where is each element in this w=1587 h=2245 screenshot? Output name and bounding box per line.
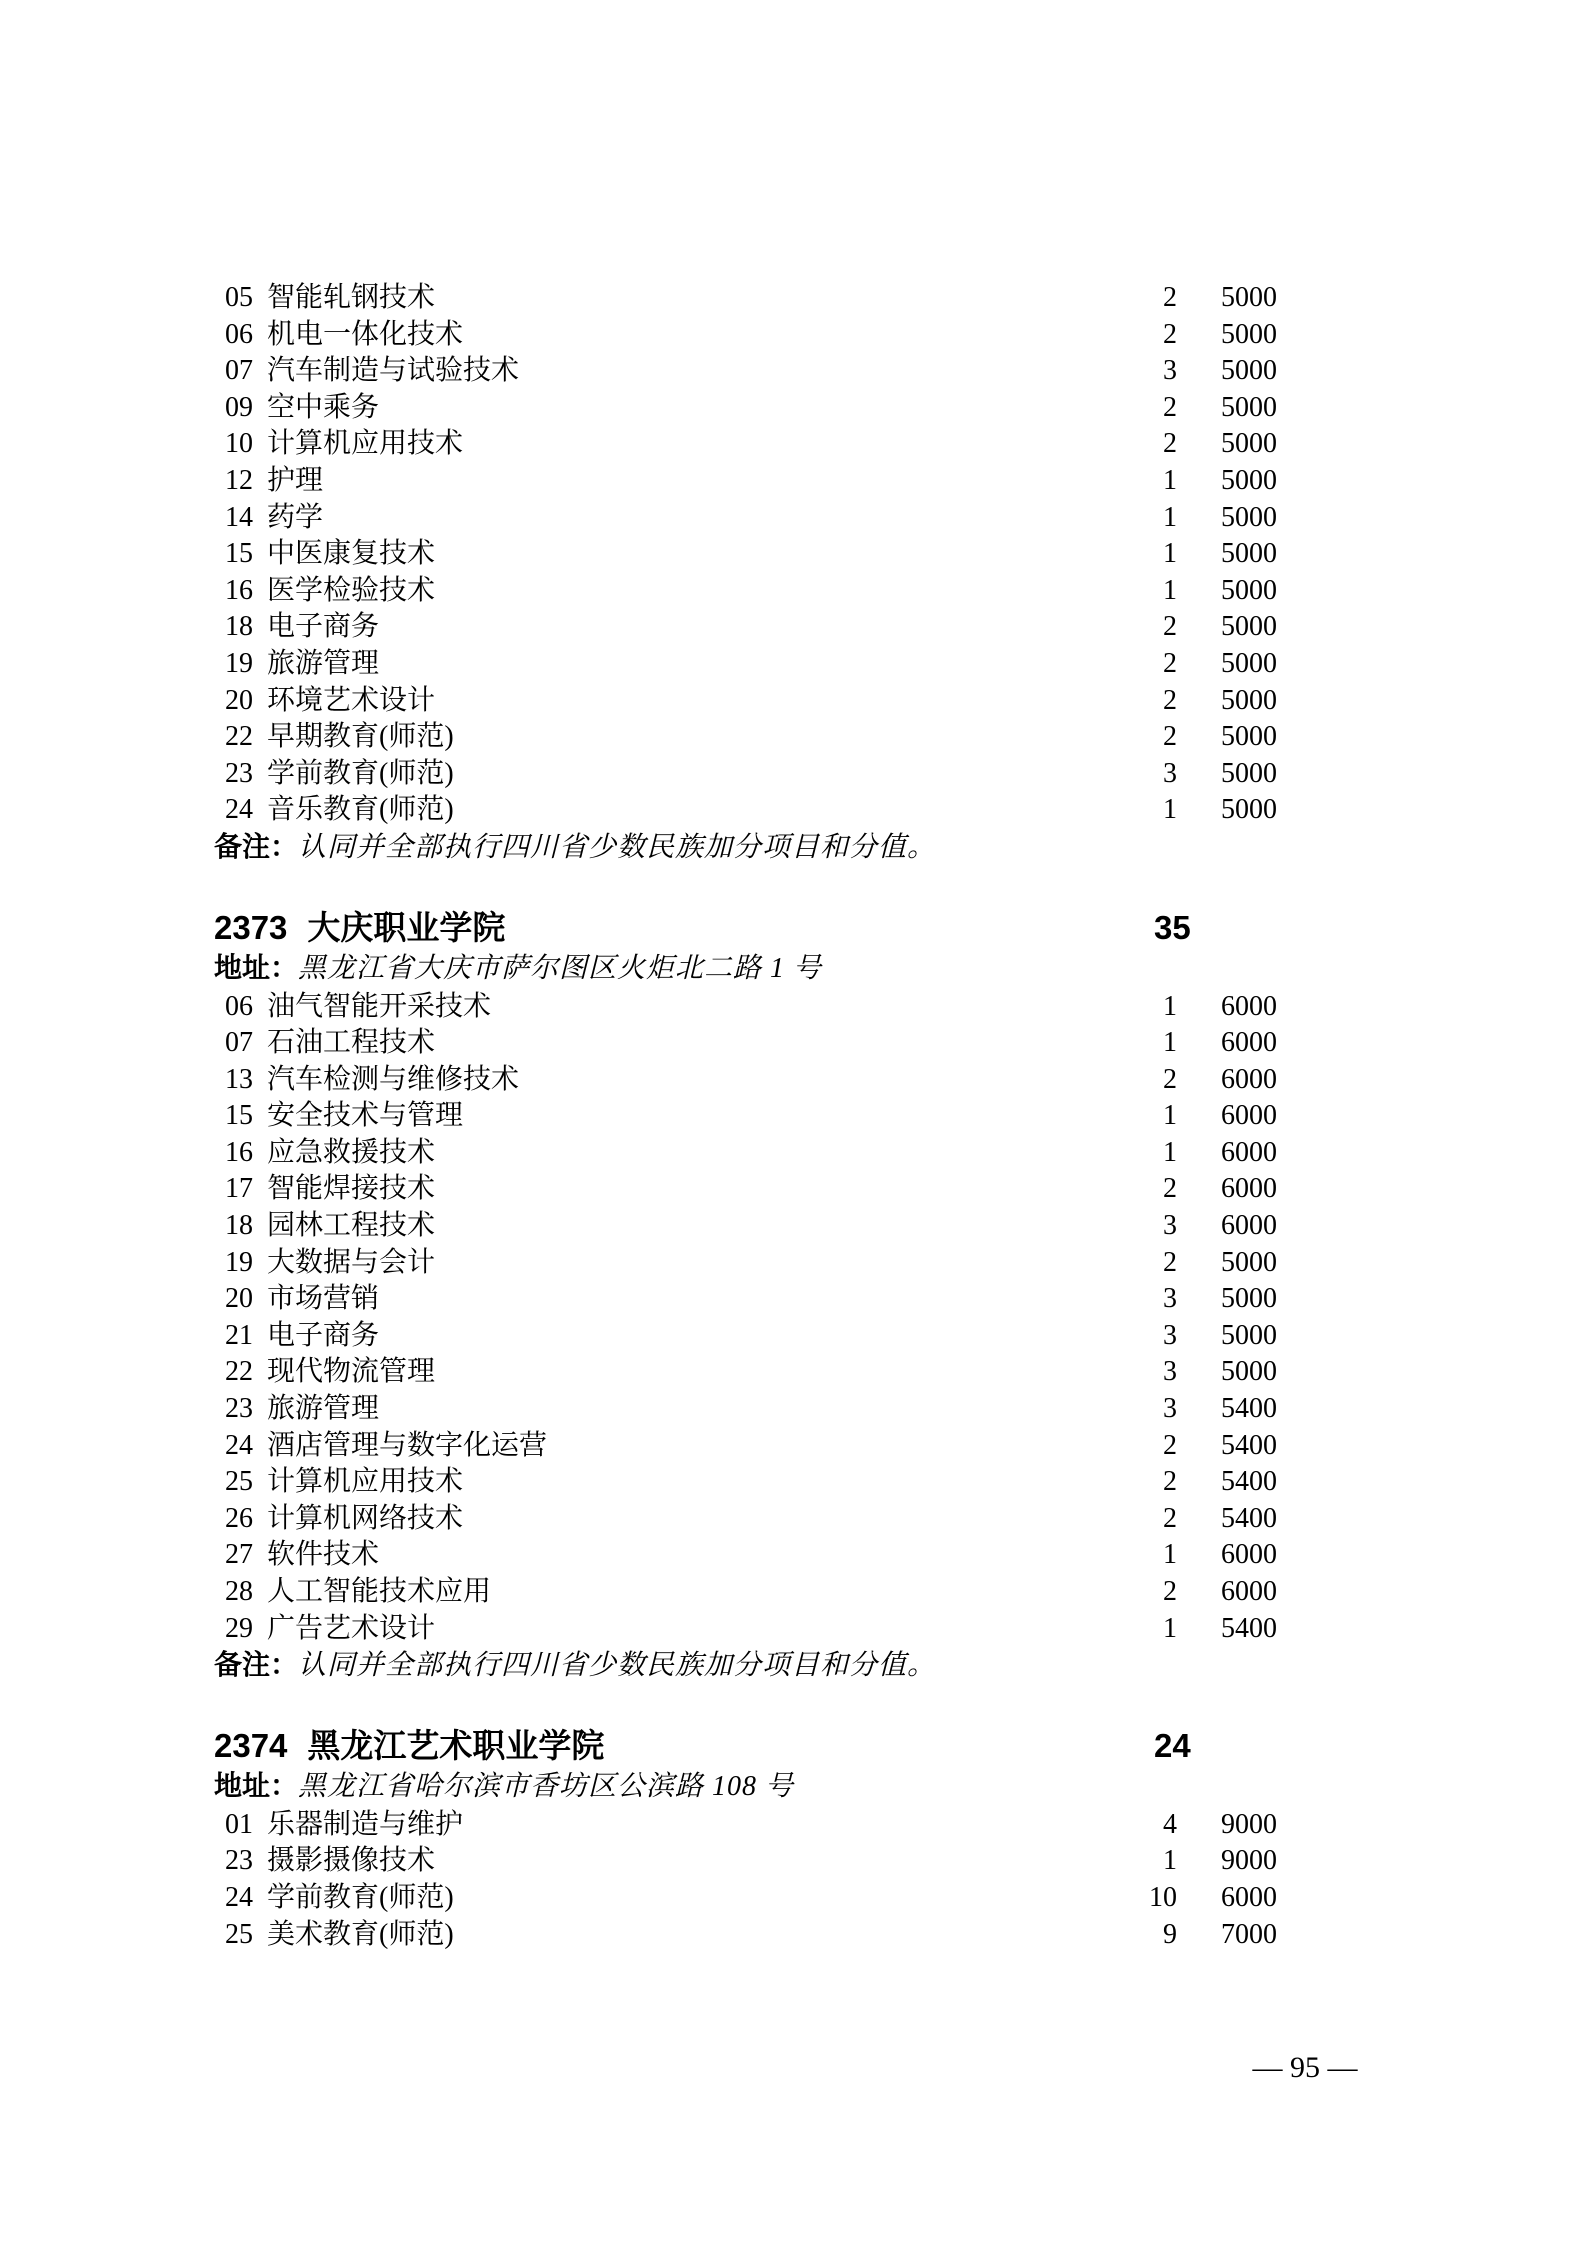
- major-code: 22: [225, 719, 267, 756]
- major-rows: 06 油气智能开采技术 1 6000 07 石油工程技术 1 6000 13 汽…: [214, 989, 1277, 1648]
- major-code: 25: [225, 1917, 267, 1954]
- major-row: 06 机电一体化技术 2 5000: [214, 317, 1277, 354]
- major-code: 20: [225, 683, 267, 720]
- major-tuition-fee: 5400: [1177, 1464, 1277, 1501]
- major-code: 27: [225, 1537, 267, 1574]
- major-code: 01: [225, 1807, 267, 1844]
- major-code: 24: [225, 1428, 267, 1465]
- major-row: 25 计算机应用技术 2 5400: [214, 1464, 1277, 1501]
- major-tuition-fee: 5400: [1177, 1611, 1277, 1648]
- major-row: 05 智能轧钢技术 2 5000: [214, 280, 1277, 317]
- major-plan-count: 10: [1107, 1880, 1177, 1917]
- major-code: 20: [225, 1281, 267, 1318]
- major-tuition-fee: 5400: [1177, 1428, 1277, 1465]
- major-tuition-fee: 5000: [1177, 719, 1277, 756]
- major-tuition-fee: 6000: [1177, 1135, 1277, 1172]
- major-name: 医学检验技术: [267, 573, 1107, 610]
- major-tuition-fee: 5000: [1177, 280, 1277, 317]
- major-rows: 05 智能轧钢技术 2 5000 06 机电一体化技术 2 5000 07 汽车…: [214, 280, 1277, 829]
- major-row: 20 环境艺术设计 2 5000: [214, 683, 1277, 720]
- major-name: 计算机网络技术: [267, 1501, 1107, 1538]
- major-tuition-fee: 6000: [1177, 1880, 1277, 1917]
- major-code: 18: [225, 1208, 267, 1245]
- major-plan-count: 1: [1107, 463, 1177, 500]
- major-tuition-fee: 6000: [1177, 1062, 1277, 1099]
- header-spacer: [604, 1726, 1154, 1766]
- major-row: 07 汽车制造与试验技术 3 5000: [214, 353, 1277, 390]
- major-code: 06: [225, 317, 267, 354]
- major-name: 人工智能技术应用: [267, 1574, 1107, 1611]
- major-plan-count: 2: [1107, 280, 1177, 317]
- major-name: 广告艺术设计: [267, 1611, 1107, 1648]
- major-plan-count: 3: [1107, 756, 1177, 793]
- major-row: 24 酒店管理与数字化运营 2 5400: [214, 1428, 1277, 1465]
- major-name: 汽车检测与维修技术: [267, 1062, 1107, 1099]
- school-note: 备注：认同并全部执行四川省少数民族加分项目和分值。: [214, 829, 1277, 867]
- major-name: 学前教育(师范): [267, 1880, 1107, 1917]
- major-plan-count: 3: [1107, 1318, 1177, 1355]
- major-name: 油气智能开采技术: [267, 989, 1107, 1026]
- major-code: 21: [225, 1318, 267, 1355]
- major-plan-count: 2: [1107, 1171, 1177, 1208]
- major-plan-count: 2: [1107, 719, 1177, 756]
- document-page: 05 智能轧钢技术 2 5000 06 机电一体化技术 2 5000 07 汽车…: [0, 0, 1587, 2245]
- major-tuition-fee: 5000: [1177, 573, 1277, 610]
- major-code: 07: [225, 353, 267, 390]
- major-row: 19 大数据与会计 2 5000: [214, 1245, 1277, 1282]
- school-name: 黑龙江艺术职业学院: [307, 1726, 604, 1766]
- major-code: 23: [225, 1391, 267, 1428]
- major-row: 13 汽车检测与维修技术 2 6000: [214, 1062, 1277, 1099]
- major-tuition-fee: 9000: [1177, 1807, 1277, 1844]
- major-name: 石油工程技术: [267, 1025, 1107, 1062]
- school-header: 2373 大庆职业学院 35: [214, 908, 1277, 948]
- major-name: 中医康复技术: [267, 536, 1107, 573]
- major-row: 18 电子商务 2 5000: [214, 609, 1277, 646]
- note-text: 认同并全部执行四川省少数民族加分项目和分值。: [298, 1650, 936, 1681]
- major-row: 24 音乐教育(师范) 1 5000: [214, 792, 1277, 829]
- major-tuition-fee: 6000: [1177, 1025, 1277, 1062]
- major-row: 15 中医康复技术 1 5000: [214, 536, 1277, 573]
- major-row: 14 药学 1 5000: [214, 500, 1277, 537]
- school-name: 大庆职业学院: [307, 908, 505, 948]
- note-text: 认同并全部执行四川省少数民族加分项目和分值。: [298, 832, 936, 863]
- major-name: 乐器制造与维护: [267, 1807, 1107, 1844]
- major-code: 15: [225, 536, 267, 573]
- major-name: 计算机应用技术: [267, 426, 1107, 463]
- major-code: 14: [225, 500, 267, 537]
- major-row: 22 现代物流管理 3 5000: [214, 1354, 1277, 1391]
- major-plan-count: 1: [1107, 1537, 1177, 1574]
- school-address: 地址：黑龙江省大庆市萨尔图区火炬北二路 1 号: [214, 948, 1277, 989]
- major-tuition-fee: 5000: [1177, 1354, 1277, 1391]
- major-tuition-fee: 5000: [1177, 1281, 1277, 1318]
- major-name: 旅游管理: [267, 1391, 1107, 1428]
- major-row: 16 医学检验技术 1 5000: [214, 573, 1277, 610]
- major-tuition-fee: 5400: [1177, 1501, 1277, 1538]
- major-name: 音乐教育(师范): [267, 792, 1107, 829]
- major-tuition-fee: 6000: [1177, 1574, 1277, 1611]
- school-header: 2374 黑龙江艺术职业学院 24: [214, 1726, 1277, 1766]
- school-note: 备注：认同并全部执行四川省少数民族加分项目和分值。: [214, 1647, 1277, 1685]
- major-plan-count: 2: [1107, 1245, 1177, 1282]
- major-code: 16: [225, 573, 267, 610]
- major-tuition-fee: 5000: [1177, 683, 1277, 720]
- major-code: 06: [225, 989, 267, 1026]
- major-row: 25 美术教育(师范) 9 7000: [214, 1917, 1277, 1954]
- school-section: 05 智能轧钢技术 2 5000 06 机电一体化技术 2 5000 07 汽车…: [214, 280, 1277, 867]
- major-row: 07 石油工程技术 1 6000: [214, 1025, 1277, 1062]
- school-total-count: 35: [1154, 908, 1277, 948]
- major-plan-count: 1: [1107, 536, 1177, 573]
- major-row: 22 早期教育(师范) 2 5000: [214, 719, 1277, 756]
- major-code: 23: [225, 756, 267, 793]
- major-name: 摄影摄像技术: [267, 1843, 1107, 1880]
- major-code: 23: [225, 1843, 267, 1880]
- major-row: 26 计算机网络技术 2 5400: [214, 1501, 1277, 1538]
- major-code: 25: [225, 1464, 267, 1501]
- major-row: 20 市场营销 3 5000: [214, 1281, 1277, 1318]
- major-plan-count: 9: [1107, 1917, 1177, 1954]
- major-name: 学前教育(师范): [267, 756, 1107, 793]
- major-row: 06 油气智能开采技术 1 6000: [214, 989, 1277, 1026]
- major-tuition-fee: 5000: [1177, 536, 1277, 573]
- school-section: 2374 黑龙江艺术职业学院 24 地址：黑龙江省哈尔滨市香坊区公滨路 108 …: [214, 1726, 1277, 1953]
- major-code: 24: [225, 1880, 267, 1917]
- major-row: 12 护理 1 5000: [214, 463, 1277, 500]
- major-plan-count: 1: [1107, 1098, 1177, 1135]
- major-name: 市场营销: [267, 1281, 1107, 1318]
- address-label: 地址：: [214, 952, 298, 983]
- major-plan-count: 2: [1107, 609, 1177, 646]
- school-section: 2373 大庆职业学院 35 地址：黑龙江省大庆市萨尔图区火炬北二路 1 号 0…: [214, 908, 1277, 1685]
- major-name: 环境艺术设计: [267, 683, 1107, 720]
- major-plan-count: 2: [1107, 390, 1177, 427]
- major-row: 09 空中乘务 2 5000: [214, 390, 1277, 427]
- major-name: 现代物流管理: [267, 1354, 1107, 1391]
- major-row: 23 学前教育(师范) 3 5000: [214, 756, 1277, 793]
- school-total-count: 24: [1154, 1726, 1277, 1766]
- major-name: 智能轧钢技术: [267, 280, 1107, 317]
- major-plan-count: 2: [1107, 1501, 1177, 1538]
- major-name: 园林工程技术: [267, 1208, 1107, 1245]
- major-plan-count: 3: [1107, 353, 1177, 390]
- major-row: 21 电子商务 3 5000: [214, 1318, 1277, 1355]
- major-tuition-fee: 5000: [1177, 1318, 1277, 1355]
- major-tuition-fee: 5000: [1177, 756, 1277, 793]
- major-code: 16: [225, 1135, 267, 1172]
- major-tuition-fee: 7000: [1177, 1917, 1277, 1954]
- major-tuition-fee: 5000: [1177, 500, 1277, 537]
- major-row: 19 旅游管理 2 5000: [214, 646, 1277, 683]
- major-code: 24: [225, 792, 267, 829]
- major-tuition-fee: 5000: [1177, 426, 1277, 463]
- major-plan-count: 2: [1107, 1428, 1177, 1465]
- major-code: 15: [225, 1098, 267, 1135]
- major-name: 美术教育(师范): [267, 1917, 1107, 1954]
- major-row: 28 人工智能技术应用 2 6000: [214, 1574, 1277, 1611]
- major-code: 07: [225, 1025, 267, 1062]
- major-name: 汽车制造与试验技术: [267, 353, 1107, 390]
- major-rows: 01 乐器制造与维护 4 9000 23 摄影摄像技术 1 9000 24 学前…: [214, 1807, 1277, 1953]
- major-tuition-fee: 6000: [1177, 1537, 1277, 1574]
- major-name: 电子商务: [267, 609, 1107, 646]
- major-code: 12: [225, 463, 267, 500]
- major-code: 09: [225, 390, 267, 427]
- major-tuition-fee: 5000: [1177, 792, 1277, 829]
- major-plan-count: 3: [1107, 1281, 1177, 1318]
- school-address: 地址：黑龙江省哈尔滨市香坊区公滨路 108 号: [214, 1766, 1277, 1807]
- major-name: 软件技术: [267, 1537, 1107, 1574]
- major-name: 计算机应用技术: [267, 1464, 1107, 1501]
- major-code: 29: [225, 1611, 267, 1648]
- major-name: 旅游管理: [267, 646, 1107, 683]
- major-row: 17 智能焊接技术 2 6000: [214, 1171, 1277, 1208]
- major-tuition-fee: 6000: [1177, 1208, 1277, 1245]
- major-row: 15 安全技术与管理 1 6000: [214, 1098, 1277, 1135]
- note-label: 备注：: [214, 831, 298, 862]
- header-spacer: [505, 908, 1154, 948]
- major-plan-count: 3: [1107, 1208, 1177, 1245]
- major-row: 10 计算机应用技术 2 5000: [214, 426, 1277, 463]
- major-plan-count: 2: [1107, 646, 1177, 683]
- major-tuition-fee: 5000: [1177, 353, 1277, 390]
- major-name: 机电一体化技术: [267, 317, 1107, 354]
- major-tuition-fee: 9000: [1177, 1843, 1277, 1880]
- major-code: 10: [225, 426, 267, 463]
- address-text: 黑龙江省大庆市萨尔图区火炬北二路 1 号: [298, 953, 822, 984]
- major-plan-count: 1: [1107, 1843, 1177, 1880]
- major-plan-count: 3: [1107, 1391, 1177, 1428]
- major-code: 18: [225, 609, 267, 646]
- major-plan-count: 2: [1107, 1464, 1177, 1501]
- major-row: 24 学前教育(师范) 10 6000: [214, 1880, 1277, 1917]
- major-tuition-fee: 5000: [1177, 1245, 1277, 1282]
- major-name: 护理: [267, 463, 1107, 500]
- admission-plan-list: 05 智能轧钢技术 2 5000 06 机电一体化技术 2 5000 07 汽车…: [214, 280, 1277, 1953]
- major-tuition-fee: 6000: [1177, 989, 1277, 1026]
- major-tuition-fee: 5000: [1177, 646, 1277, 683]
- major-code: 26: [225, 1501, 267, 1538]
- major-code: 22: [225, 1354, 267, 1391]
- major-plan-count: 1: [1107, 573, 1177, 610]
- major-name: 药学: [267, 500, 1107, 537]
- major-name: 应急救援技术: [267, 1135, 1107, 1172]
- major-plan-count: 1: [1107, 989, 1177, 1026]
- major-row: 23 旅游管理 3 5400: [214, 1391, 1277, 1428]
- major-plan-count: 1: [1107, 792, 1177, 829]
- major-code: 13: [225, 1062, 267, 1099]
- major-name: 电子商务: [267, 1318, 1107, 1355]
- major-row: 29 广告艺术设计 1 5400: [214, 1611, 1277, 1648]
- major-tuition-fee: 5000: [1177, 317, 1277, 354]
- major-row: 01 乐器制造与维护 4 9000: [214, 1807, 1277, 1844]
- major-code: 19: [225, 646, 267, 683]
- major-tuition-fee: 5000: [1177, 463, 1277, 500]
- major-plan-count: 4: [1107, 1807, 1177, 1844]
- major-tuition-fee: 6000: [1177, 1171, 1277, 1208]
- note-label: 备注：: [214, 1649, 298, 1680]
- major-tuition-fee: 6000: [1177, 1098, 1277, 1135]
- major-tuition-fee: 5000: [1177, 390, 1277, 427]
- school-code: 2373: [214, 908, 287, 948]
- major-name: 早期教育(师范): [267, 719, 1107, 756]
- school-code: 2374: [214, 1726, 287, 1766]
- major-plan-count: 3: [1107, 1354, 1177, 1391]
- major-name: 安全技术与管理: [267, 1098, 1107, 1135]
- major-code: 19: [225, 1245, 267, 1282]
- major-plan-count: 1: [1107, 1611, 1177, 1648]
- address-label: 地址：: [214, 1770, 298, 1801]
- address-text: 黑龙江省哈尔滨市香坊区公滨路 108 号: [298, 1771, 794, 1802]
- major-plan-count: 2: [1107, 426, 1177, 463]
- major-row: 18 园林工程技术 3 6000: [214, 1208, 1277, 1245]
- major-plan-count: 1: [1107, 500, 1177, 537]
- major-name: 空中乘务: [267, 390, 1107, 427]
- major-name: 智能焊接技术: [267, 1171, 1107, 1208]
- major-code: 05: [225, 280, 267, 317]
- major-plan-count: 2: [1107, 317, 1177, 354]
- major-code: 28: [225, 1574, 267, 1611]
- major-row: 27 软件技术 1 6000: [214, 1537, 1277, 1574]
- major-code: 17: [225, 1171, 267, 1208]
- major-plan-count: 1: [1107, 1025, 1177, 1062]
- major-tuition-fee: 5000: [1177, 609, 1277, 646]
- major-row: 23 摄影摄像技术 1 9000: [214, 1843, 1277, 1880]
- major-row: 16 应急救援技术 1 6000: [214, 1135, 1277, 1172]
- major-plan-count: 2: [1107, 1574, 1177, 1611]
- major-plan-count: 1: [1107, 1135, 1177, 1172]
- page-number: — 95 —: [1215, 2048, 1395, 2088]
- major-name: 酒店管理与数字化运营: [267, 1428, 1107, 1465]
- major-name: 大数据与会计: [267, 1245, 1107, 1282]
- major-plan-count: 2: [1107, 683, 1177, 720]
- major-plan-count: 2: [1107, 1062, 1177, 1099]
- major-tuition-fee: 5400: [1177, 1391, 1277, 1428]
